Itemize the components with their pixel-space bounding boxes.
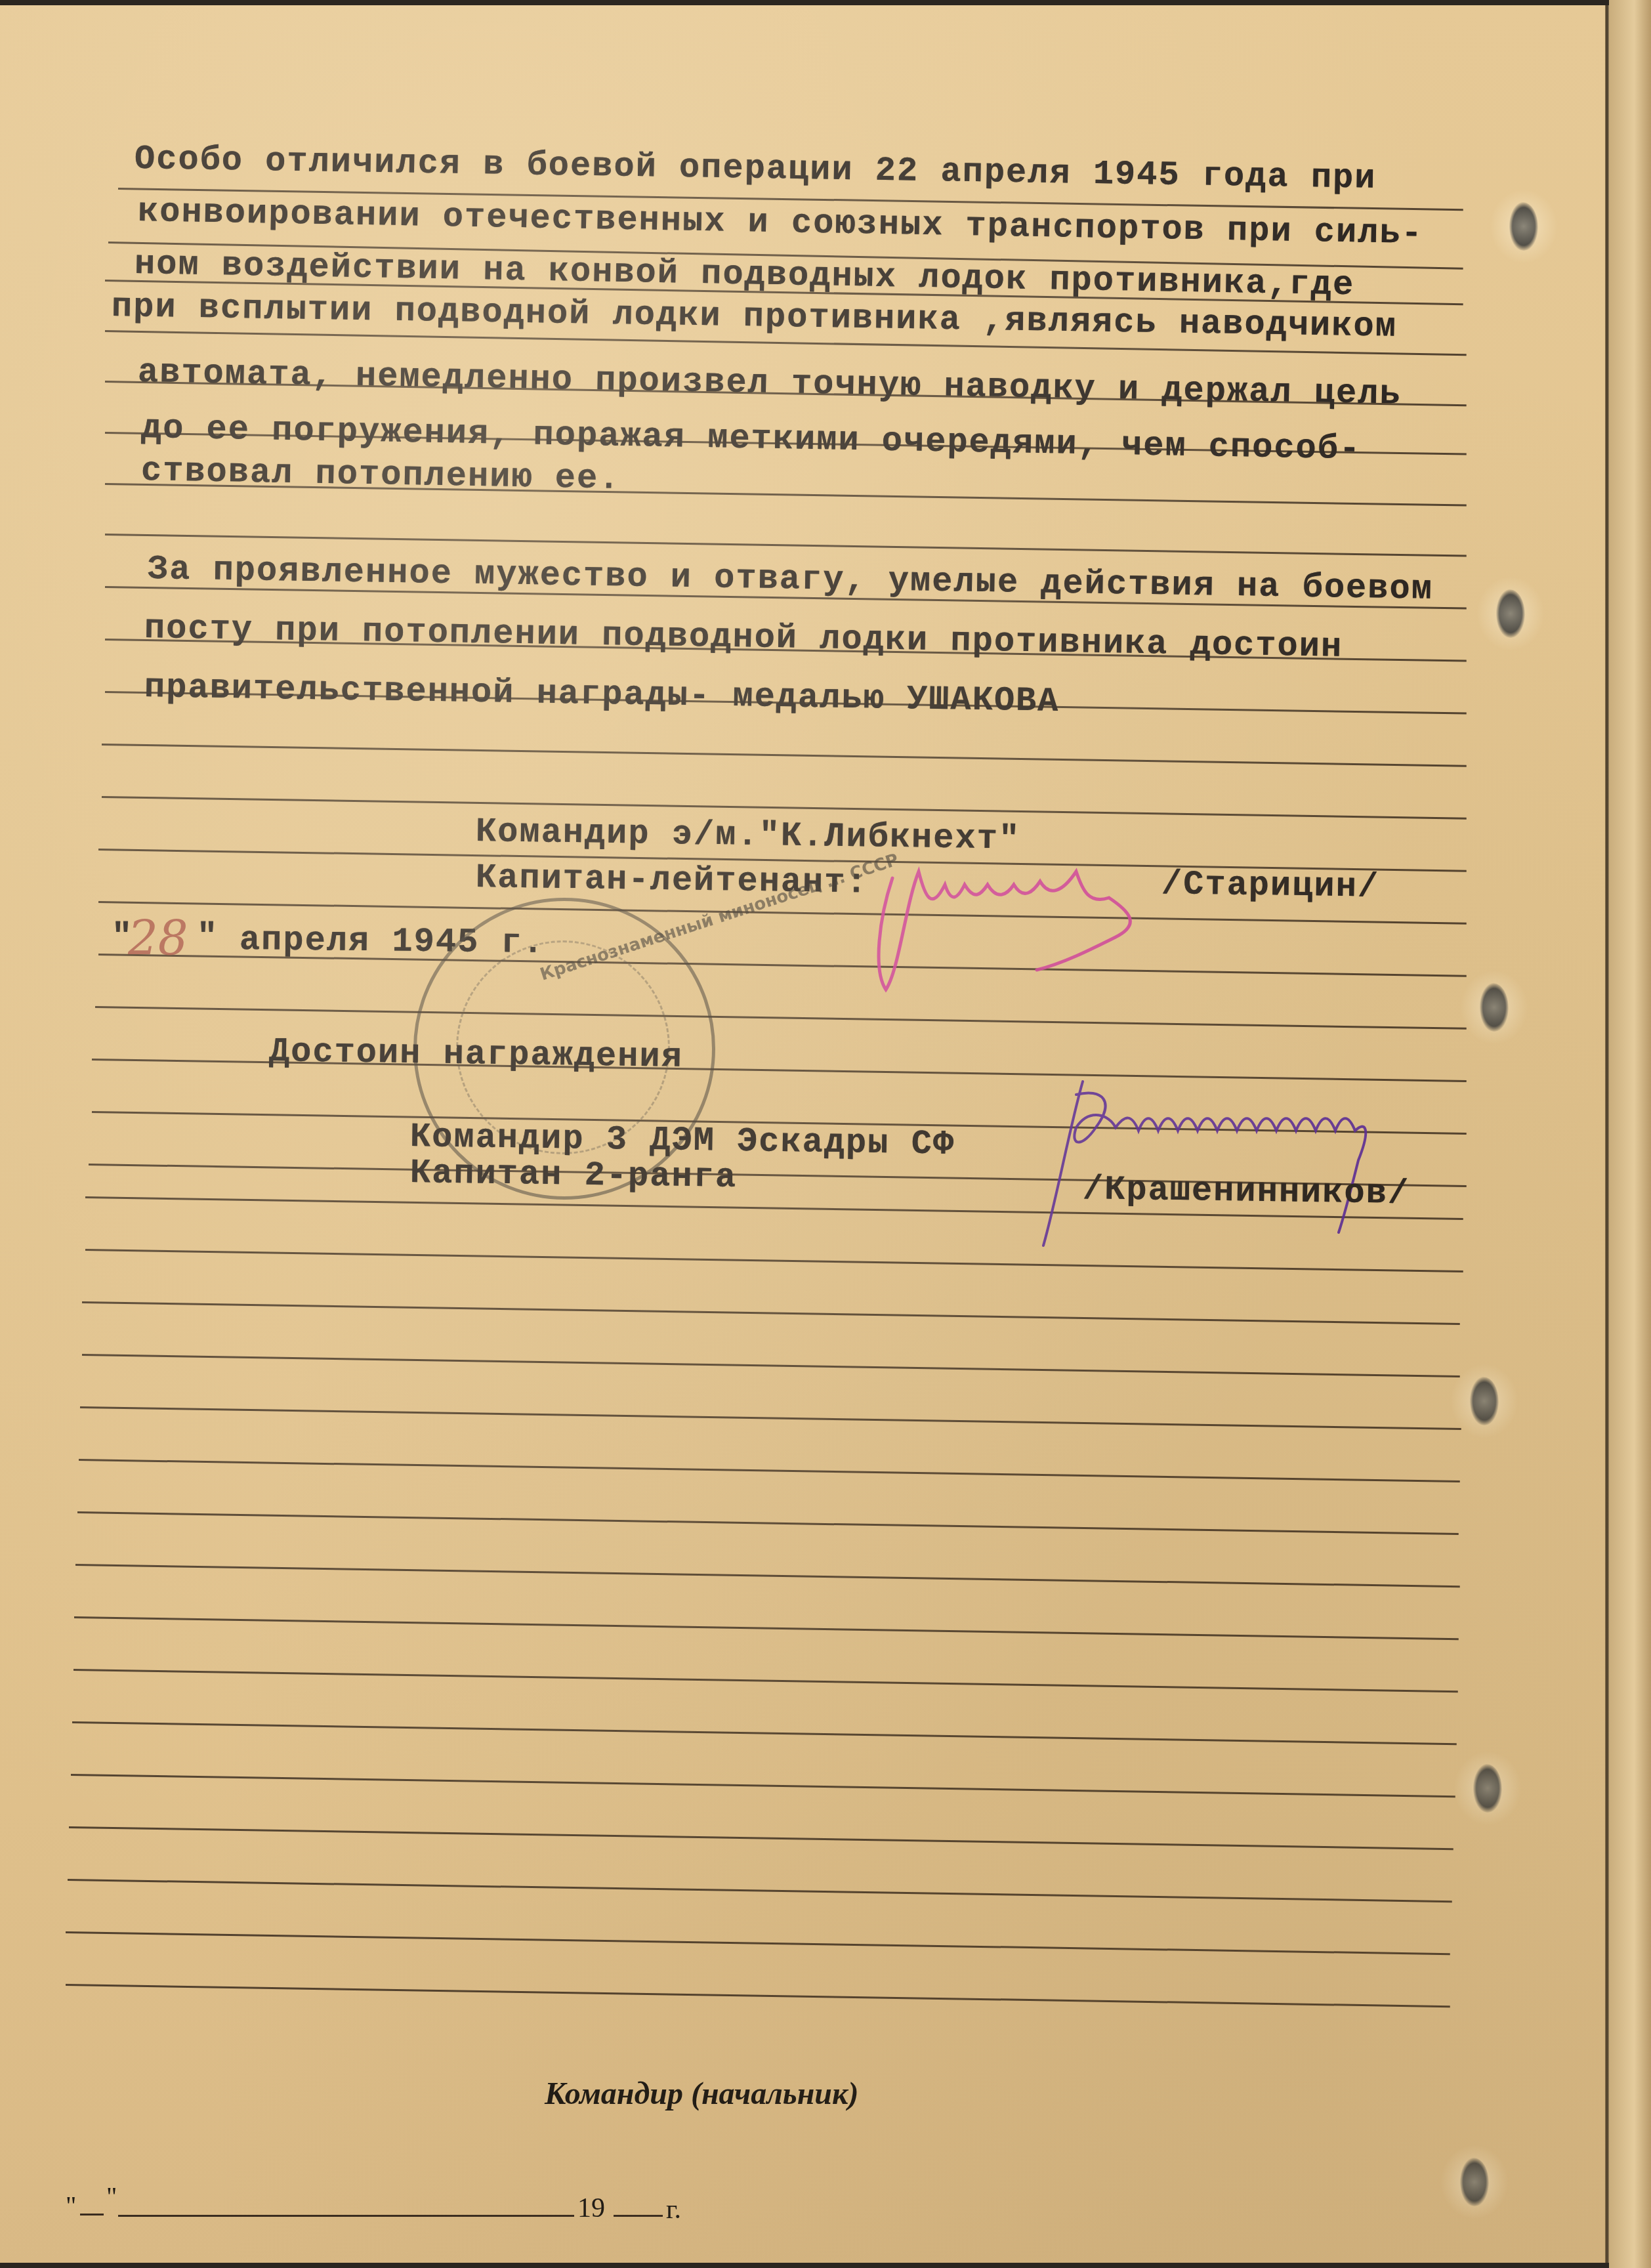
commander-name: /Старицин/ <box>1161 865 1380 907</box>
approval-name: /Крашенинников/ <box>1083 1170 1410 1213</box>
footer-year-blank <box>614 2215 663 2217</box>
footer-year-prefix: 19 <box>577 2193 605 2224</box>
ruled-line <box>66 1984 1450 2007</box>
binding-hole <box>1473 1764 1502 1813</box>
adjacent-page-edge <box>1609 0 1651 2268</box>
ruled-line <box>66 1931 1450 1955</box>
ruled-line <box>74 1616 1459 1640</box>
approval-signature-icon <box>1030 1068 1450 1252</box>
ruled-line <box>102 744 1467 767</box>
ruled-line <box>102 796 1467 820</box>
conclusion-line: правительственной награды- медалью УШАКО… <box>144 668 1060 721</box>
ruled-line <box>95 1006 1467 1030</box>
binding-hole <box>1480 983 1509 1032</box>
narrative-line: ствовал потоплению ее. <box>140 451 620 499</box>
narrative-line: автомата, немедленно произвел точную нав… <box>137 353 1402 414</box>
approval-rank: Капитан 2-ранга <box>410 1154 738 1197</box>
date-day-handwritten: 28 <box>128 911 188 966</box>
binding-hole <box>1470 1377 1499 1425</box>
footer-day-blank <box>80 2214 104 2215</box>
binding-hole <box>1509 202 1538 251</box>
footer-date-open-quote: " <box>66 2190 76 2221</box>
footer-year-suffix: г. <box>666 2194 681 2225</box>
ruled-line <box>77 1511 1459 1535</box>
ruled-line <box>80 1406 1461 1430</box>
ruled-line <box>75 1564 1460 1587</box>
ruled-line <box>69 1826 1453 1850</box>
conclusion-line: посту при потоплении подводной лодки про… <box>144 609 1343 667</box>
conclusion-line: За проявленное мужество и отвагу, умелые… <box>148 550 1434 609</box>
ruled-line <box>68 1879 1452 1902</box>
binding-hole <box>1460 2158 1489 2206</box>
footer-date-template: " " 19 г. <box>66 2194 722 2227</box>
ruled-line <box>82 1354 1460 1377</box>
date-close-quote: " <box>197 917 219 956</box>
ruled-line <box>73 1669 1458 1692</box>
binding-hole <box>1496 589 1525 638</box>
approval-heading: Достоин награждения <box>269 1032 684 1077</box>
footer-month-blank <box>118 2215 574 2217</box>
narrative-line: Особо отличился в боевой операции 22 апр… <box>135 140 1377 198</box>
ruled-line <box>72 1721 1457 1745</box>
ruled-line <box>85 1249 1463 1272</box>
commander-signature-icon <box>866 839 1207 996</box>
ruled-line <box>79 1459 1460 1482</box>
narrative-line: конвоировании отечественных и союзных тр… <box>137 192 1423 253</box>
footer-date-close-quote: " <box>106 2181 117 2212</box>
ruled-line <box>82 1301 1460 1325</box>
footer-commander-label: Командир (начальник) <box>545 2076 858 2112</box>
ruled-line <box>71 1774 1455 1797</box>
document-page: Особо отличился в боевой операции 22 апр… <box>0 5 1627 2263</box>
